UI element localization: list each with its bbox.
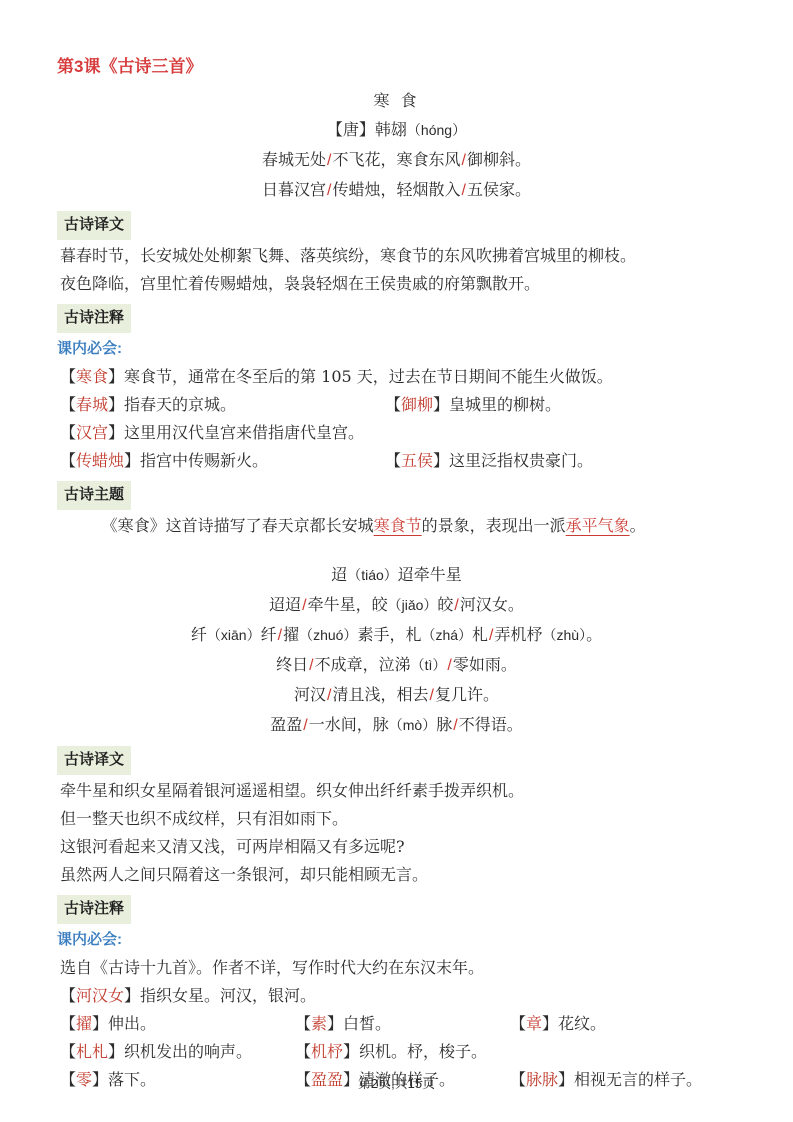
text-run: 。 bbox=[586, 625, 602, 644]
pinyin: （hóng） bbox=[407, 122, 466, 138]
text-run: 牵牛星，皎 bbox=[308, 595, 388, 614]
note-item: 【御柳】皇城里的柳树。 bbox=[385, 391, 561, 419]
text-run: 清且浅，相去 bbox=[332, 685, 428, 704]
bracket-close: 】 bbox=[124, 451, 140, 470]
paragraph: 牵牛星和织女星隔着银河遥遥相望。织女伸出纤纤素手拨弄织机。 bbox=[60, 777, 743, 805]
text-run: 皎 bbox=[437, 595, 453, 614]
text-run: 不成章，泣涕 bbox=[315, 655, 411, 674]
pinyin: （tì） bbox=[411, 657, 447, 673]
bracket-close: 】 bbox=[108, 395, 124, 414]
text-run: 不飞花，寒食东风 bbox=[332, 150, 460, 169]
section-header-row: 古诗译文 bbox=[57, 746, 793, 775]
section-header: 古诗注释 bbox=[57, 895, 131, 924]
paragraph: 夜色降临，宫里忙着传赐蜡烛，袅袅轻烟在王侯贵戚的府第飘散开。 bbox=[60, 270, 743, 298]
paragraph: 这银河看起来又清又浅，可两岸相隔又有多远呢? bbox=[60, 833, 743, 861]
bracket-open: 【 bbox=[60, 395, 76, 414]
text-run: 牵牛星和织女星隔着银河遥遥相望。织女伸出纤纤素手拨弄织机。 bbox=[60, 781, 524, 800]
text-run: 但一整天也织不成纹样，只有泪如雨下。 bbox=[60, 809, 348, 828]
text-run: 迢牵牛星 bbox=[398, 565, 462, 584]
bracket-close: 】 bbox=[108, 423, 124, 442]
section-header: 古诗主题 bbox=[57, 481, 131, 510]
note-row: 【汉宫】这里用汉代皇宫来借指唐代皇宫。 bbox=[60, 419, 753, 447]
text-run: 五侯家。 bbox=[467, 180, 531, 199]
poem-line: 纤（xiān）纤/擢（zhuó）素手，札（zhá）札/弄机杼（zhù）。 bbox=[0, 620, 793, 650]
poem-line: 河汉/清且浅，相去/复几许。 bbox=[0, 680, 793, 710]
note-term: 章 bbox=[526, 1014, 542, 1033]
poem-line: 迢迢/牵牛星，皎（jiǎo）皎/河汉女。 bbox=[0, 590, 793, 620]
bracket-open: 【 bbox=[60, 986, 76, 1005]
key-phrase: 寒食节 bbox=[374, 516, 422, 535]
poem-line: 终日/不成章，泣涕（tì）/零如雨。 bbox=[0, 650, 793, 680]
section-header-row: 古诗注释 bbox=[57, 895, 793, 924]
text-run: 。 bbox=[630, 516, 646, 535]
note-definition: 这里泛指权贵豪门。 bbox=[449, 451, 593, 470]
text-run: 日暮汉宫 bbox=[262, 180, 326, 199]
poem-author: 【唐】韩翃（hóng） bbox=[0, 115, 793, 145]
note-definition: 指宫中传赐新火。 bbox=[140, 451, 268, 470]
note-definition: 皇城里的柳树。 bbox=[449, 395, 561, 414]
note-term: 素 bbox=[311, 1014, 327, 1033]
note-term: 寒食 bbox=[76, 367, 108, 386]
text-run: 擢 bbox=[283, 625, 299, 644]
note-definition: 指织女星。河汉，银河。 bbox=[140, 986, 316, 1005]
pinyin: （zhuó） bbox=[299, 627, 357, 643]
bracket-open: 【 bbox=[295, 1042, 311, 1061]
note-definition: 这里用汉代皇宫来借指唐代皇宫。 bbox=[124, 423, 364, 442]
lesson-title: 第3课《古诗三首》 bbox=[57, 56, 793, 78]
note-item: 【寒食】寒食节，通常在冬至后的第 105 天，过去在节日期间不能生火做饭。 bbox=[60, 363, 613, 391]
bracket-close: 】 bbox=[343, 1042, 359, 1061]
document-page: 第3课《古诗三首》 寒 食【唐】韩翃（hóng）春城无处/不飞花，寒食东风/御柳… bbox=[0, 0, 793, 1122]
text-run: 选自《古诗十九首》。作者不详，写作时代大约在东汉末年。 bbox=[60, 958, 484, 977]
paragraph: 但一整天也织不成纹样，只有泪如雨下。 bbox=[60, 805, 743, 833]
section-header-row: 古诗译文 bbox=[57, 211, 793, 240]
bracket-open: 【 bbox=[60, 423, 76, 442]
note-item: 【春城】指春天的京城。 bbox=[60, 391, 385, 419]
text-run: 传蜡烛，轻烟散入 bbox=[332, 180, 460, 199]
paragraph: 选自《古诗十九首》。作者不详，写作时代大约在东汉末年。 bbox=[60, 954, 743, 982]
note-item: 【河汉女】指织女星。河汉，银河。 bbox=[60, 982, 316, 1010]
note-row: 【河汉女】指织女星。河汉，银河。 bbox=[60, 982, 753, 1010]
pinyin: （mò） bbox=[389, 717, 436, 733]
pinyin: （jiǎo） bbox=[388, 597, 438, 613]
text-run: 暮春时节，长安城处处柳絮飞舞、落英缤纷，寒食节的东风吹拂着宫城里的柳枝。 bbox=[60, 246, 636, 265]
poem-title-tiaotiao: 迢（tiáo）迢牵牛星 bbox=[0, 560, 793, 590]
subsection-label: 课内必会: bbox=[57, 928, 793, 952]
text-run: 的景象，表现出一派 bbox=[422, 516, 566, 535]
note-row: 【寒食】寒食节，通常在冬至后的第 105 天，过去在节日期间不能生火做饭。 bbox=[60, 363, 753, 391]
bracket-open: 【 bbox=[60, 451, 76, 470]
bracket-close: 】 bbox=[92, 1014, 108, 1033]
bracket-open: 【 bbox=[385, 451, 401, 470]
note-row: 【札札】织机发出的响声。【机杼】织机。杼，梭子。 bbox=[60, 1038, 753, 1066]
note-term: 汉宫 bbox=[76, 423, 108, 442]
text-run: 这银河看起来又清又浅，可两岸相隔又有多远呢? bbox=[60, 837, 405, 856]
text-run: 寒 食 bbox=[373, 91, 419, 110]
text-run: 夜色降临，宫里忙着传赐蜡烛，袅袅轻烟在王侯贵戚的府第飘散开。 bbox=[60, 274, 540, 293]
subsection-label: 课内必会: bbox=[57, 337, 793, 361]
text-run: 迢迢 bbox=[269, 595, 301, 614]
bracket-open: 【 bbox=[60, 1014, 76, 1033]
text-run: 素手，札 bbox=[357, 625, 421, 644]
lesson-content: 寒 食【唐】韩翃（hóng）春城无处/不飞花，寒食东风/御柳斜。日暮汉宫/传蜡烛… bbox=[0, 86, 793, 1094]
note-definition: 白皙。 bbox=[343, 1014, 391, 1033]
note-term: 擢 bbox=[76, 1014, 92, 1033]
bracket-close: 】 bbox=[542, 1014, 558, 1033]
text-run: 【唐】韩翃 bbox=[327, 120, 407, 139]
text-run: 迢 bbox=[331, 565, 347, 584]
note-item: 【札札】织机发出的响声。 bbox=[60, 1038, 295, 1066]
pinyin: （zhù） bbox=[543, 627, 587, 643]
poem-line: 日暮汉宫/传蜡烛，轻烟散入/五侯家。 bbox=[0, 175, 793, 205]
section-header: 古诗译文 bbox=[57, 211, 131, 240]
poem-line: 春城无处/不飞花，寒食东风/御柳斜。 bbox=[0, 145, 793, 175]
note-item: 【传蜡烛】指宫中传赐新火。 bbox=[60, 447, 385, 475]
pinyin: （xiān） bbox=[207, 627, 261, 643]
note-definition: 寒食节，通常在冬至后的第 105 天，过去在节日期间不能生火做饭。 bbox=[124, 367, 613, 386]
text-run: 纤 bbox=[261, 625, 277, 644]
bracket-open: 【 bbox=[60, 367, 76, 386]
note-definition: 织机发出的响声。 bbox=[124, 1042, 252, 1061]
bracket-open: 【 bbox=[510, 1014, 526, 1033]
text-run: 一水间，脉 bbox=[309, 715, 389, 734]
note-definition: 织机。杼，梭子。 bbox=[359, 1042, 487, 1061]
spacer bbox=[0, 540, 793, 560]
note-item: 【素】白皙。 bbox=[295, 1010, 510, 1038]
paragraph: 暮春时节，长安城处处柳絮飞舞、落英缤纷，寒食节的东风吹拂着宫城里的柳枝。 bbox=[60, 242, 743, 270]
section-header-row: 古诗注释 bbox=[57, 304, 793, 333]
text-run: 复几许。 bbox=[435, 685, 499, 704]
paragraph: 虽然两人之间只隔着这一条银河，却只能相顾无言。 bbox=[60, 861, 743, 889]
note-item: 【五侯】这里泛指权贵豪门。 bbox=[385, 447, 593, 475]
note-term: 河汉女 bbox=[76, 986, 124, 1005]
note-definition: 花纹。 bbox=[558, 1014, 606, 1033]
text-run: 盈盈 bbox=[270, 715, 302, 734]
section-header: 古诗注释 bbox=[57, 304, 131, 333]
text-run: 《寒食》这首诗描写了春天京都长安城 bbox=[102, 516, 374, 535]
pinyin: （zhá） bbox=[421, 627, 472, 643]
section-header: 古诗译文 bbox=[57, 746, 131, 775]
text-run: 零如雨。 bbox=[453, 655, 517, 674]
poem-title-hanshi: 寒 食 bbox=[0, 86, 793, 115]
text-run: 纤 bbox=[191, 625, 207, 644]
note-row: 【春城】指春天的京城。【御柳】皇城里的柳树。 bbox=[60, 391, 753, 419]
note-term: 传蜡烛 bbox=[76, 451, 124, 470]
bracket-close: 】 bbox=[108, 1042, 124, 1061]
note-item: 【汉宫】这里用汉代皇宫来借指唐代皇宫。 bbox=[60, 419, 364, 447]
text-run: 终日 bbox=[276, 655, 308, 674]
section-header-row: 古诗主题 bbox=[57, 481, 793, 510]
note-definition: 指春天的京城。 bbox=[124, 395, 236, 414]
text-run: 脉 bbox=[436, 715, 452, 734]
bracket-open: 【 bbox=[385, 395, 401, 414]
text-run: 札 bbox=[472, 625, 488, 644]
note-row: 【擢】伸出。【素】白皙。【章】花纹。 bbox=[60, 1010, 753, 1038]
note-definition: 伸出。 bbox=[108, 1014, 156, 1033]
note-term: 春城 bbox=[76, 395, 108, 414]
note-item: 【擢】伸出。 bbox=[60, 1010, 295, 1038]
paragraph: 《寒食》这首诗描写了春天京都长安城寒食节的景象，表现出一派承平气象。 bbox=[60, 512, 743, 540]
text-run: 御柳斜。 bbox=[467, 150, 531, 169]
pinyin: （tiáo） bbox=[347, 567, 398, 583]
bracket-close: 】 bbox=[124, 986, 140, 1005]
bracket-close: 】 bbox=[108, 367, 124, 386]
text-run: 河汉女。 bbox=[460, 595, 524, 614]
text-run: 虽然两人之间只隔着这一条银河，却只能相顾无言。 bbox=[60, 865, 428, 884]
note-term: 五侯 bbox=[401, 451, 433, 470]
text-run: 不得语。 bbox=[459, 715, 523, 734]
note-term: 札札 bbox=[76, 1042, 108, 1061]
note-term: 御柳 bbox=[401, 395, 433, 414]
bracket-close: 】 bbox=[433, 451, 449, 470]
page-footer: 第2页,共15页 bbox=[0, 1073, 793, 1092]
note-item: 【章】花纹。 bbox=[510, 1010, 606, 1038]
note-row: 【传蜡烛】指宫中传赐新火。【五侯】这里泛指权贵豪门。 bbox=[60, 447, 753, 475]
bracket-close: 】 bbox=[327, 1014, 343, 1033]
key-phrase: 承平气象 bbox=[566, 516, 630, 535]
bracket-open: 【 bbox=[295, 1014, 311, 1033]
text-run: 河汉 bbox=[294, 685, 326, 704]
text-run: 弄机杼 bbox=[495, 625, 543, 644]
bracket-open: 【 bbox=[60, 1042, 76, 1061]
text-run: 春城无处 bbox=[262, 150, 326, 169]
note-item: 【机杼】织机。杼，梭子。 bbox=[295, 1038, 487, 1066]
bracket-close: 】 bbox=[433, 395, 449, 414]
poem-line: 盈盈/一水间，脉（mò）脉/不得语。 bbox=[0, 710, 793, 740]
note-term: 机杼 bbox=[311, 1042, 343, 1061]
